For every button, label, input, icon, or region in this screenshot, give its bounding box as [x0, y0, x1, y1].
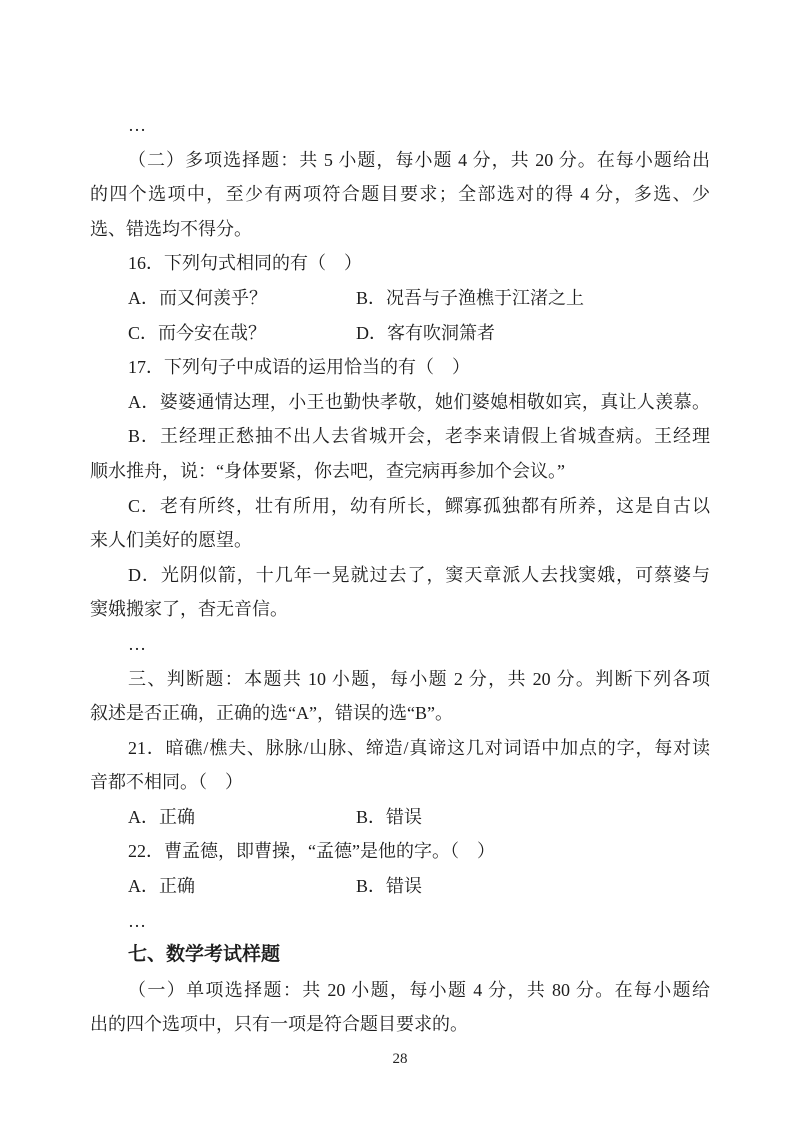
question-17-option-b-line-1: B．王经理正愁抽不出人去省城开会，老李来请假上省城查病。王经理 [90, 419, 710, 454]
section-7-heading: 七、数学考试样题 [90, 938, 710, 973]
question-17-option-a: A．婆婆通情达理，小王也勤快孝敬，她们婆媳相敬如宾，真让人羡慕。 [90, 385, 710, 420]
question-17-option-b-line-2: 顺水推舟，说：“身体要紧，你去吧，查完病再参加个会议。” [90, 454, 710, 489]
section-2-intro-line-3: 选、错选均不得分。 [90, 212, 710, 247]
question-17: 17．下列句子中成语的运用恰当的有（ ） [90, 350, 710, 385]
question-16: 16．下列句式相同的有（ ） [90, 246, 710, 281]
section-2-intro-line-2: 的四个选项中，至少有两项符合题目要求；全部选对的得 4 分，多选、少 [90, 177, 710, 212]
option-c: C．而今安在哉？ [128, 323, 266, 343]
option-d: D．客有吹洞箫者 [356, 316, 495, 351]
ellipsis-line: … [90, 904, 710, 939]
question-21-line-2: 音都不相同。（ ） [90, 765, 710, 800]
section-3-intro-line-1: 三、判断题：本题共 10 小题，每小题 2 分，共 20 分。判断下列各项 [90, 662, 710, 697]
ellipsis-line: … [90, 627, 710, 662]
question-17-option-c-line-2: 来人们美好的愿望。 [90, 523, 710, 558]
section-7-intro-line-2: 出的四个选项中，只有一项是符合题目要求的。 [90, 1007, 710, 1042]
option-a: A．正确 [128, 876, 195, 896]
option-b: B．况吾与子渔樵于江渚之上 [356, 281, 584, 316]
question-17-option-c-line-1: C．老有所终，壮有所用，幼有所长，鳏寡孤独都有所养，这是自古以 [90, 489, 710, 524]
question-17-option-d-line-1: D．光阴似箭，十几年一晃就过去了，窦天章派人去找窦娥，可蔡婆与 [90, 558, 710, 593]
question-17-option-d-line-2: 窦娥搬家了，杳无音信。 [90, 592, 710, 627]
section-3-intro-line-2: 叙述是否正确，正确的选“A”，错误的选“B”。 [90, 696, 710, 731]
question-16-options-ab: A．而又何羡乎？ B．况吾与子渔樵于江渚之上 [90, 281, 710, 316]
ellipsis-line: … [90, 108, 710, 143]
question-21-options: A．正确 B．错误 [90, 800, 710, 835]
question-16-options-cd: C．而今安在哉？ D．客有吹洞箫者 [90, 316, 710, 351]
option-a: A．而又何羡乎？ [128, 288, 267, 308]
section-2-intro-line-1: （二）多项选择题：共 5 小题，每小题 4 分，共 20 分。在每小题给出 [90, 143, 710, 178]
question-21-line-1: 21．暗礁/樵夫、脉脉/山脉、缔造/真谛这几对词语中加点的字，每对读 [90, 731, 710, 766]
question-22-options: A．正确 B．错误 [90, 869, 710, 904]
question-22: 22．曹孟德，即曹操，“孟德”是他的字。（ ） [90, 834, 710, 869]
option-b: B．错误 [356, 869, 422, 904]
option-b: B．错误 [356, 800, 422, 835]
option-a: A．正确 [128, 807, 195, 827]
section-7-intro-line-1: （一）单项选择题：共 20 小题，每小题 4 分，共 80 分。在每小题给 [90, 973, 710, 1008]
document-body: … （二）多项选择题：共 5 小题，每小题 4 分，共 20 分。在每小题给出 … [90, 108, 710, 1042]
page-number: 28 [0, 1048, 800, 1070]
